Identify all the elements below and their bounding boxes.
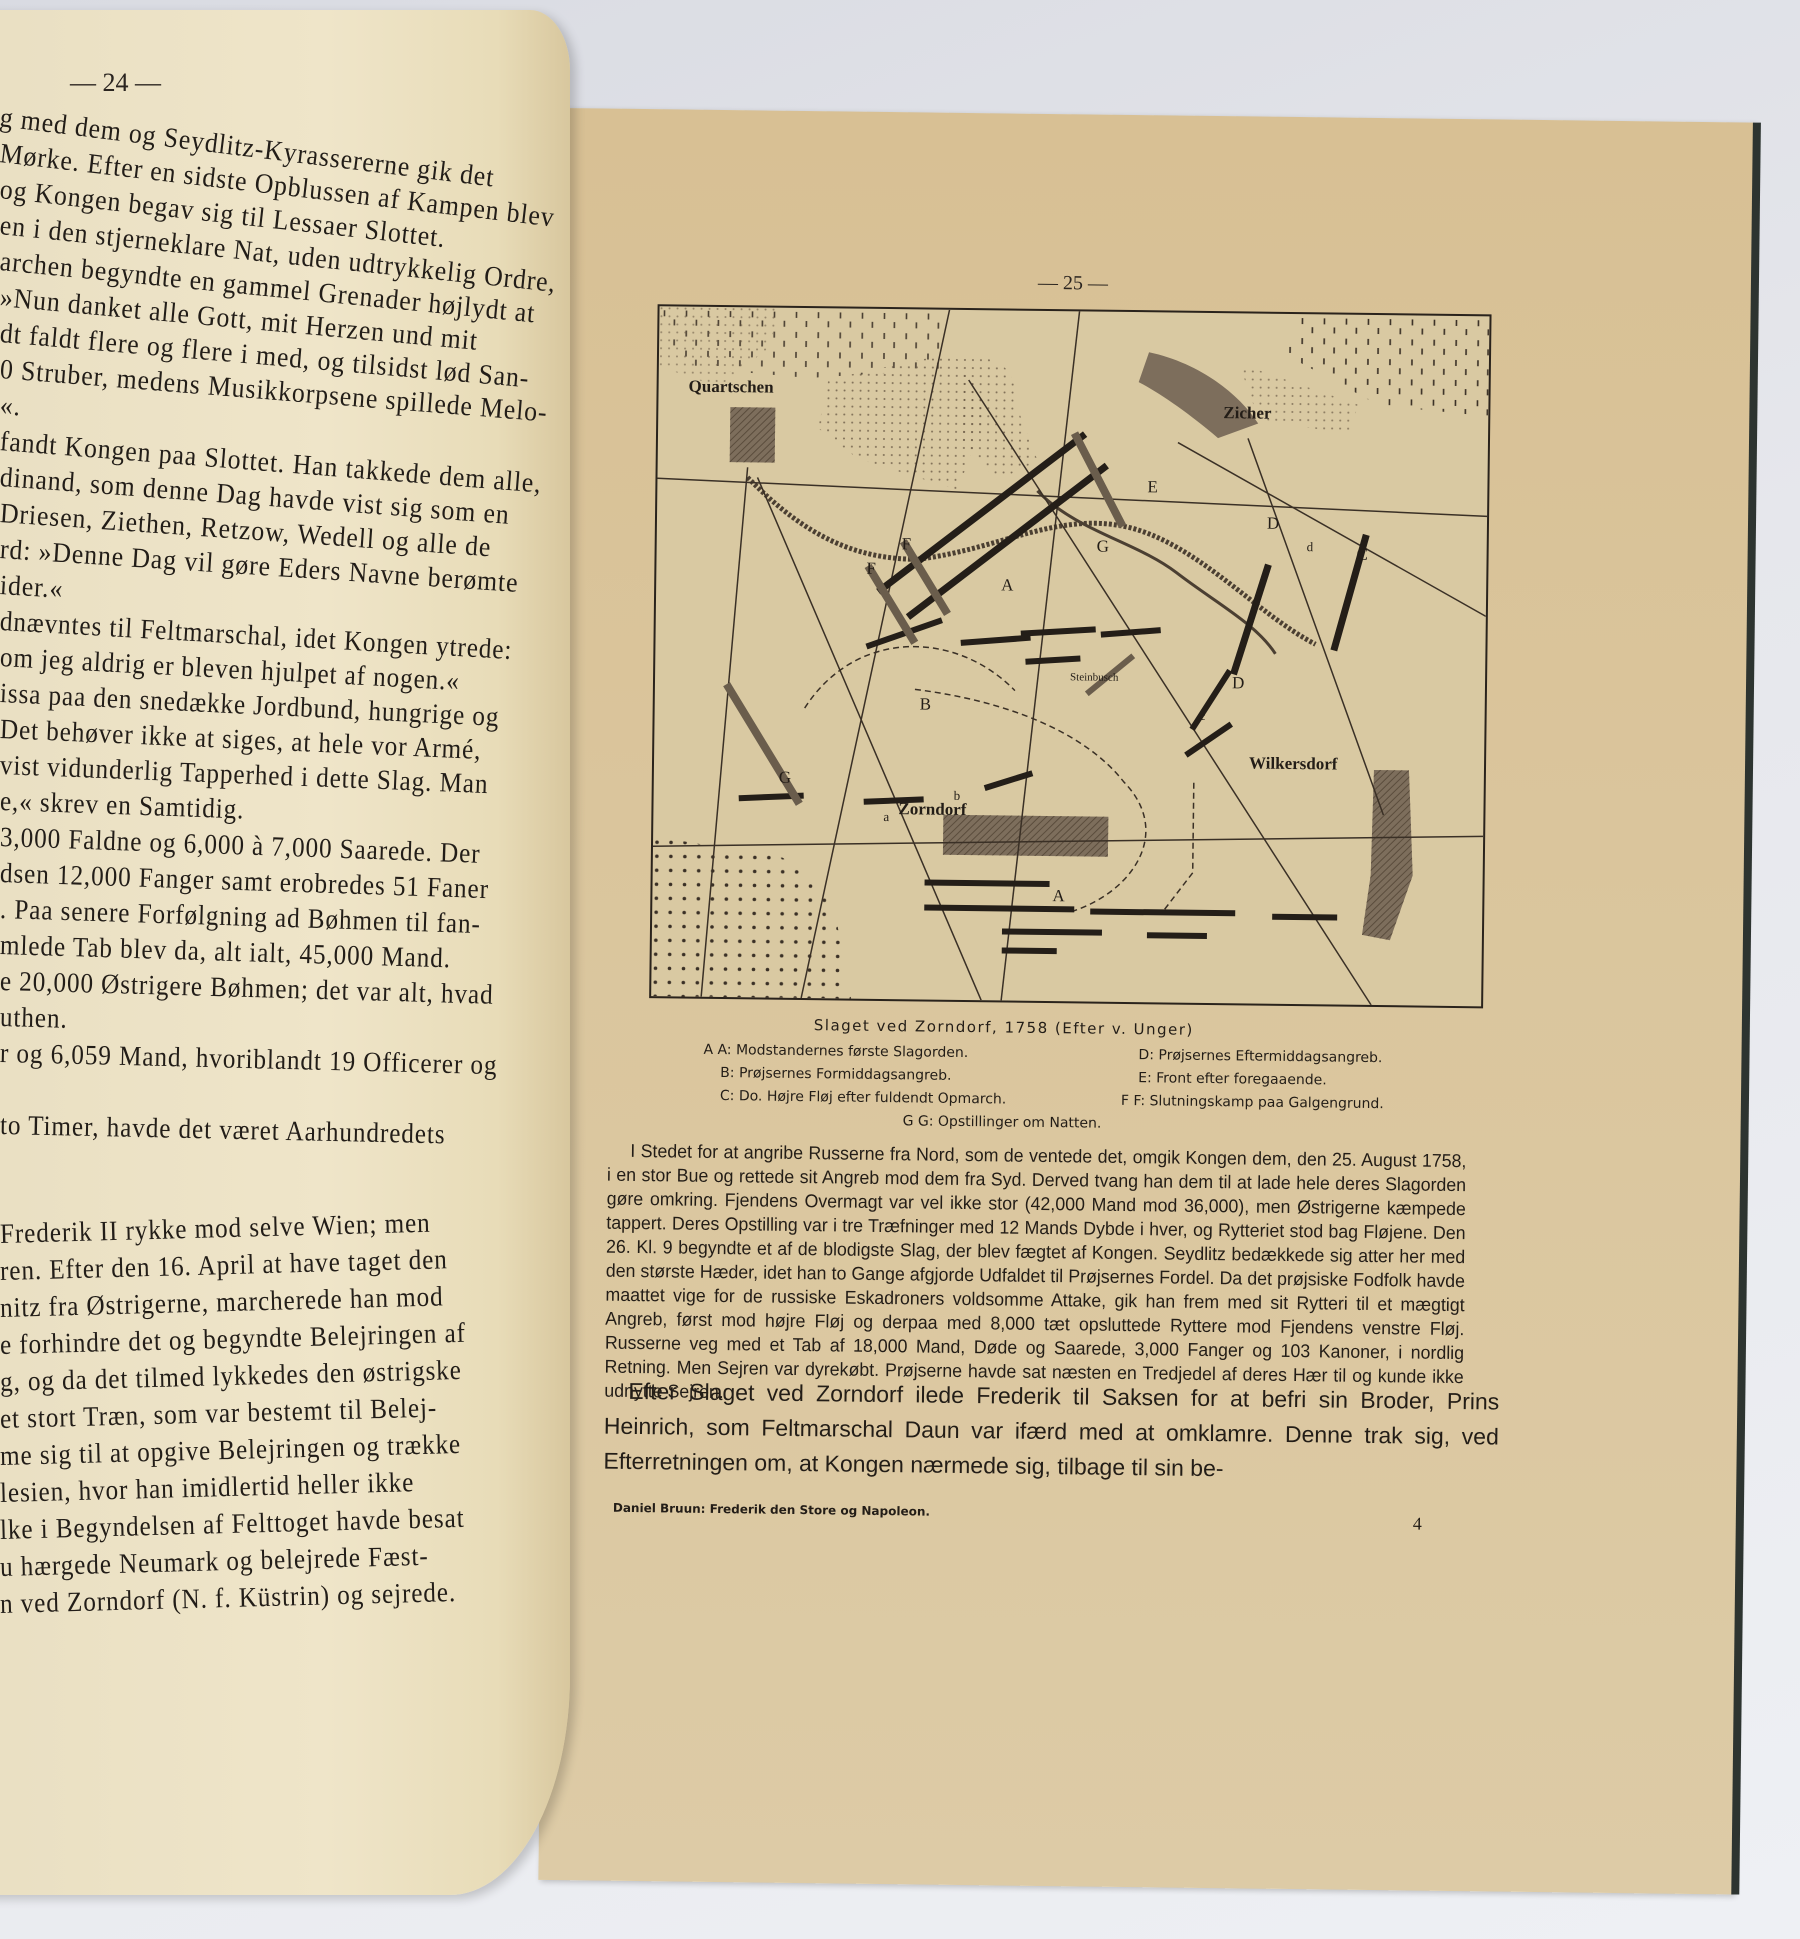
map-letter-a: a (883, 809, 889, 825)
map-letter-A2: A (1052, 886, 1065, 906)
left-page-line: ren. Efter den 16. April at have taget d… (0, 1244, 448, 1288)
map-caption-title: Slaget ved Zorndorf, 1758 (Efter v. Unge… (814, 1016, 1194, 1039)
right-page: — 25 — (538, 108, 1755, 1894)
legend-E: E: Front efter foregaaende. (1138, 1070, 1327, 1088)
legend-G: G G: Opstillinger om Natten. (903, 1113, 1102, 1131)
map-label-steinbusch: Steinbusch (1070, 671, 1118, 684)
left-page-line: me sig til at opgive Belejringen og træk… (0, 1429, 461, 1473)
map-letter-d: d (1307, 539, 1314, 555)
map-letter-b: b (954, 788, 961, 804)
map-letter-D2: D (1232, 673, 1245, 693)
left-page: — 24 — g med dem og Seydlitz-Kyrasserern… (0, 10, 570, 1895)
right-page-number: — 25 — (1038, 272, 1108, 296)
legend-C: C: Do. Højre Fløj efter fuldendt Opmarch… (720, 1088, 1007, 1107)
signature-mark: 4 (1413, 1514, 1422, 1535)
left-page-line: lesien, hvor han imidlertid heller ikke (0, 1467, 415, 1510)
left-page-line: r og 6,059 Mand, hvoriblandt 19 Officere… (0, 1038, 498, 1082)
left-page-line: n ved Zorndorf (N. f. Küstrin) og sejred… (0, 1577, 457, 1621)
left-page-line: u hærgede Neumark og belejrede Fæst- (0, 1541, 429, 1584)
map-letter-G2: G (779, 768, 792, 788)
left-page-line: to Timer, havde det været Aarhundredets (0, 1110, 446, 1151)
map-drawing (651, 306, 1489, 1006)
map-letter-F1: F (902, 534, 912, 554)
map-letter-C: C (1356, 545, 1368, 565)
map-letter-D1: D (1267, 514, 1280, 534)
left-page-line: «. (0, 390, 22, 423)
left-page-line: g, og da det tilmed lykkedes den østrigs… (0, 1355, 462, 1399)
body-paragraph-2-text: Efter Slaget ved Zorndorf ilede Frederik… (603, 1378, 1499, 1481)
left-page-line: et stort Træn, som var bestemt til Belej… (0, 1393, 438, 1436)
map-letter-B: B (920, 694, 932, 714)
map-letter-G1: G (1097, 537, 1110, 557)
body-paragraph-1: I Stedet for at angribe Russerne fra Nor… (604, 1139, 1466, 1413)
map-letter-A1: A (1001, 575, 1014, 595)
left-page-line: Frederik II rykke mod selve Wien; men (0, 1208, 431, 1251)
legend-A: A A: Modstandernes første Slagorden. (703, 1042, 968, 1061)
left-page-number: — 24 — (70, 68, 161, 98)
map-letter-E: E (1147, 477, 1158, 497)
map-label-quartschen: Quartschen (688, 377, 773, 398)
battle-map: Quartschen Zicher Zorndorf Wilkersdorf S… (649, 304, 1491, 1008)
legend-B: B: Prøjsernes Formiddagsangreb. (720, 1065, 951, 1084)
map-label-wilkersdorf: Wilkersdorf (1249, 753, 1338, 774)
map-label-zicher: Zicher (1223, 403, 1271, 424)
map-letter-c: c (1200, 708, 1206, 724)
left-page-line: ider.« (0, 570, 64, 606)
left-page-line: e,« skrev en Samtidig. (0, 786, 245, 827)
left-page-line: uthen. (0, 1002, 68, 1036)
body-paragraph-2: Efter Slaget ved Zorndorf ilede Frederik… (603, 1374, 1499, 1490)
legend-D: D: Prøjsernes Eftermiddagsangreb. (1138, 1047, 1382, 1066)
left-page-line: e forhindre det og begyndte Belejringen … (0, 1318, 466, 1362)
legend-F: F F: Slutningskamp paa Galgengrund. (1121, 1093, 1384, 1112)
body-paragraph-1-text: I Stedet for at angribe Russerne fra Nor… (604, 1140, 1466, 1402)
left-page-line: lke i Begyndelsen af Felttoget havde bes… (0, 1503, 465, 1547)
left-page-line: nitz fra Østrigerne, marcherede han mod (0, 1281, 444, 1325)
book-cover-edge (1731, 123, 1761, 1895)
footer-book-title: Daniel Bruun: Frederik den Store og Napo… (613, 1501, 930, 1519)
map-letter-F2: F (866, 559, 876, 579)
